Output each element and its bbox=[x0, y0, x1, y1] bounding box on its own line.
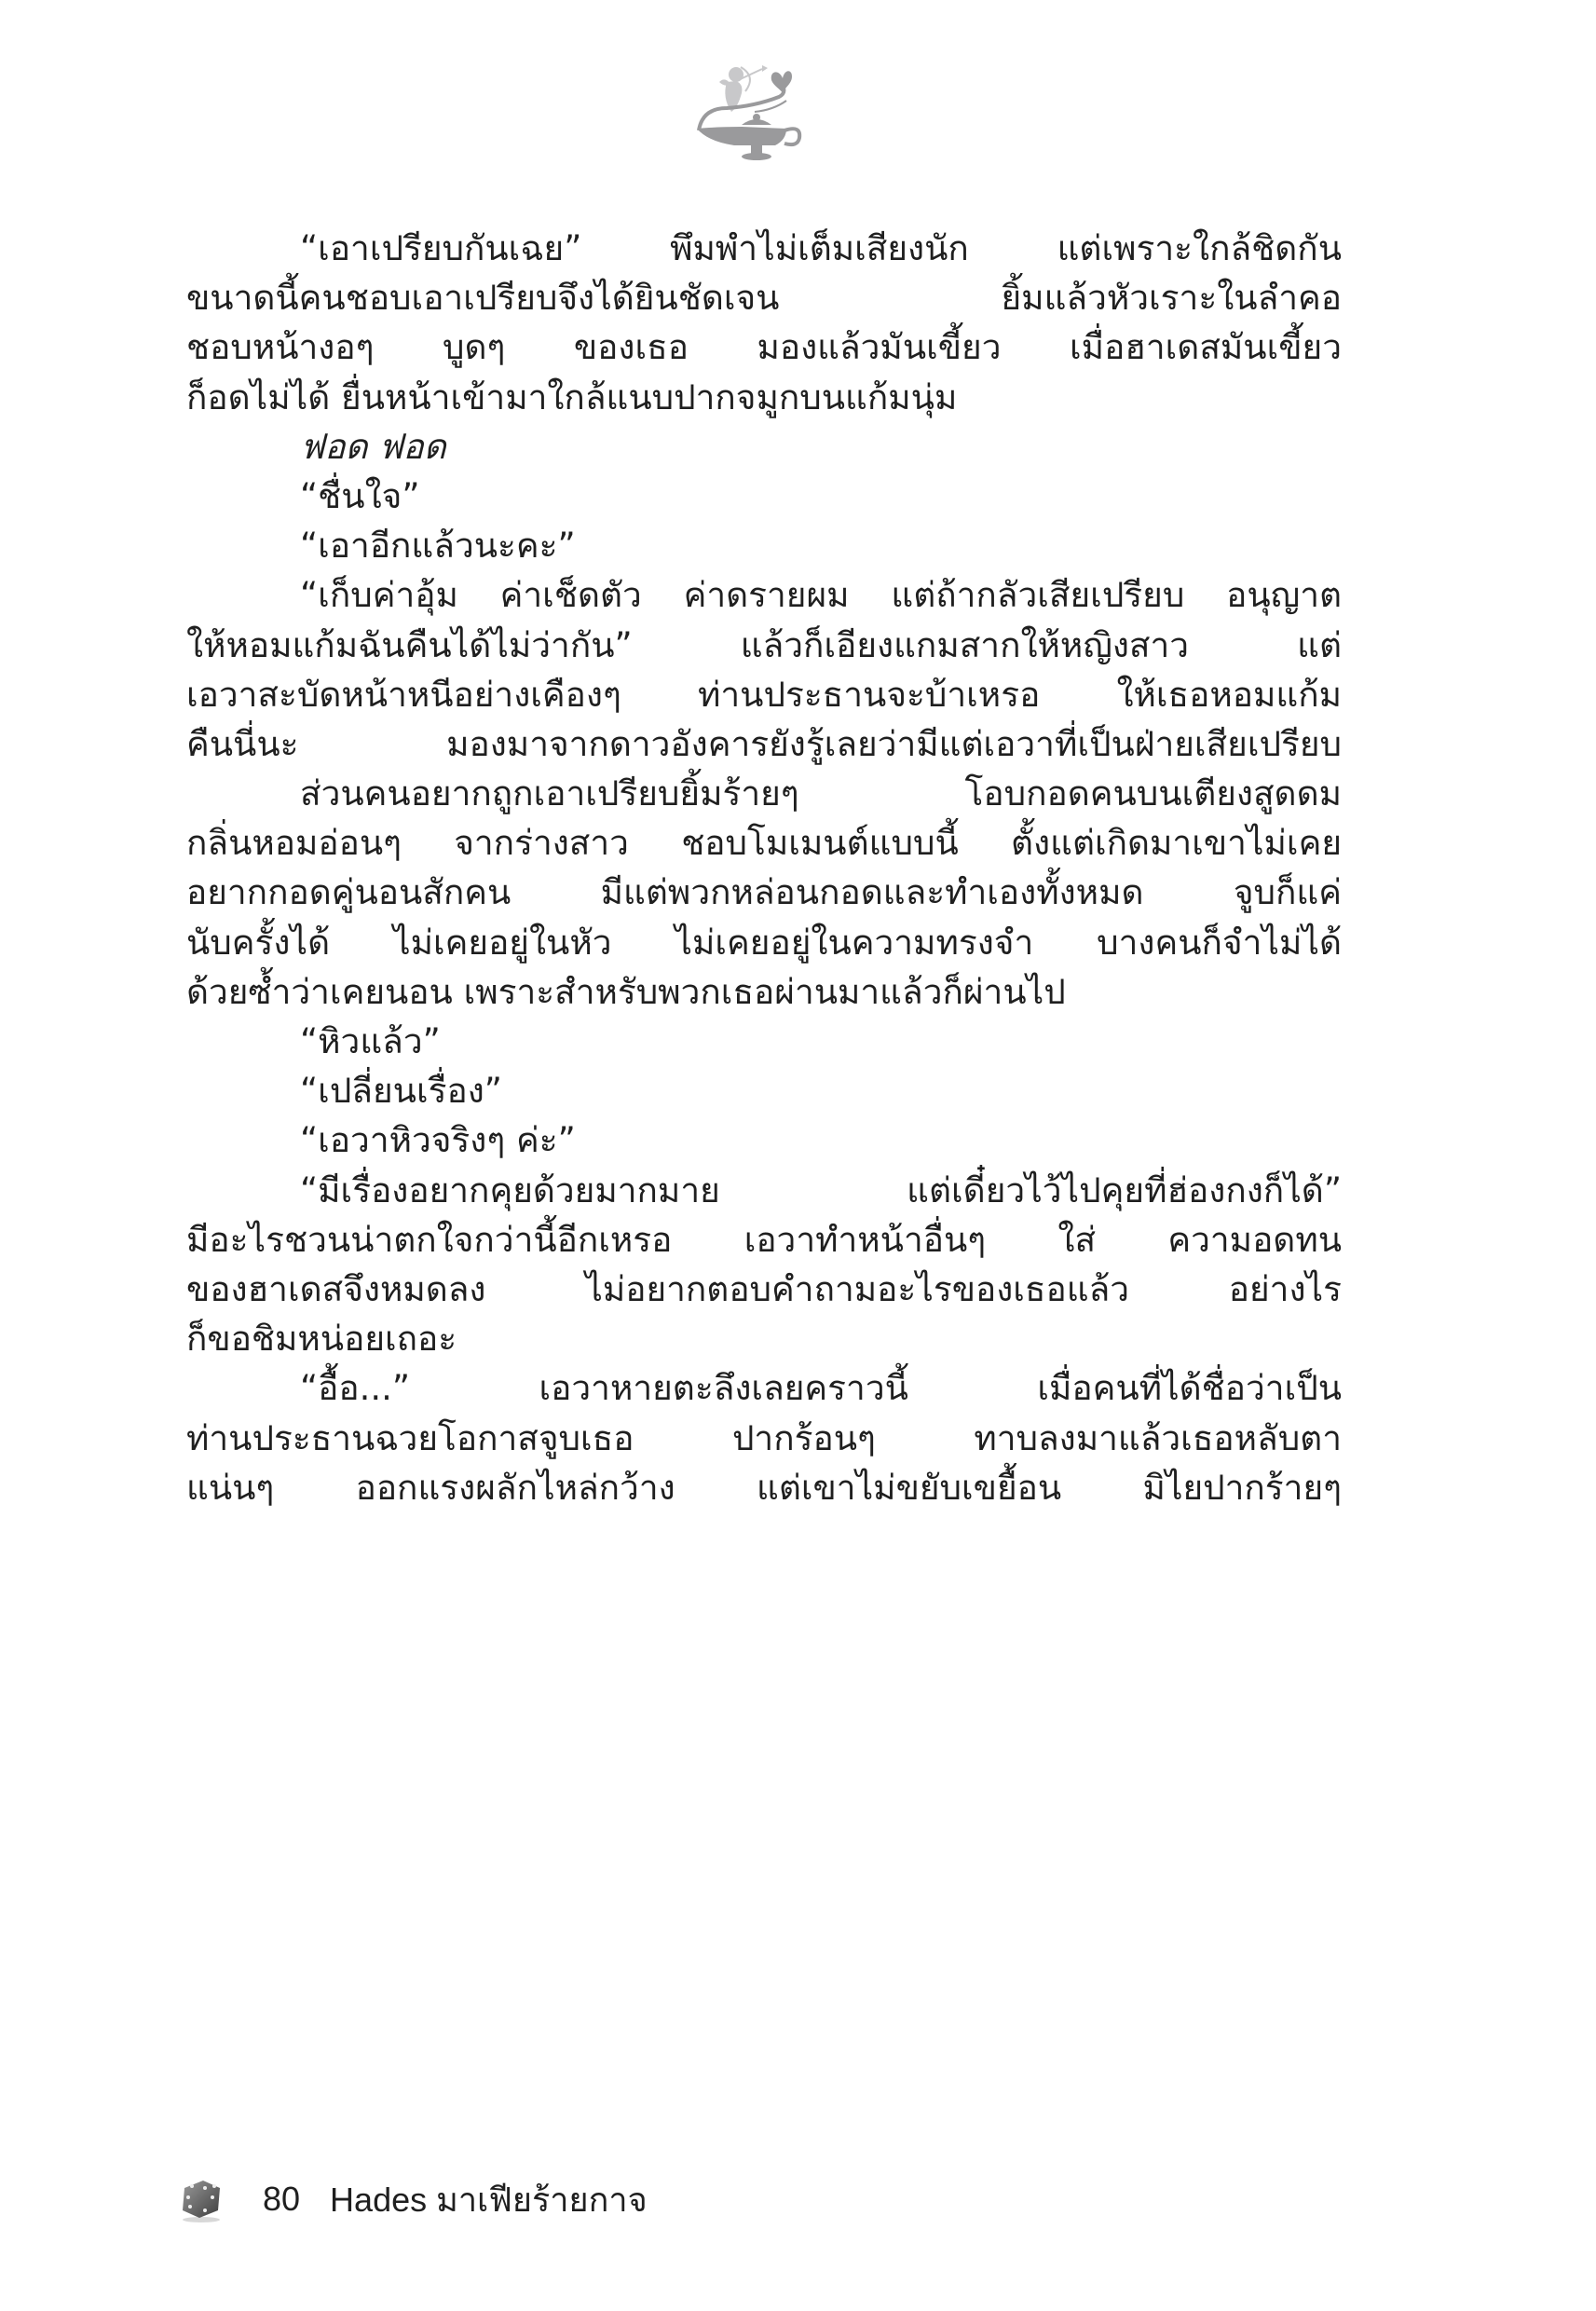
magic-lamp-cupid-icon bbox=[689, 56, 820, 168]
text-line: “มีเรื่องอยากคุยด้วยมากมาย แต่เดี๋ยวไว้ไ… bbox=[186, 1166, 1342, 1215]
text-line: เอวาสะบัดหน้าหนีอย่างเคืองๆ ท่านประธานจะ… bbox=[186, 670, 1342, 719]
text-line: ท่านประธานฉวยโอกาสจูบเธอ ปากร้อนๆ ทาบลงม… bbox=[186, 1414, 1342, 1463]
text-line: คืนนี่นะ มองมาจากดาวอังคารยังรู้เลยว่ามี… bbox=[186, 719, 1342, 769]
text-line: “เก็บค่าอุ้ม ค่าเช็ดตัว ค่าดรายผม แต่ถ้า… bbox=[186, 570, 1342, 620]
text-line: ให้หอมแก้มฉันคืนได้ไม่ว่ากัน” แล้วก็เอีย… bbox=[186, 621, 1342, 670]
page-footer: 80 Hades มาเฟียร้ายกาจ bbox=[177, 2171, 648, 2227]
text-line: ชอบหน้างอๆ บูดๆ ของเธอ มองแล้วมันเขี้ยว … bbox=[186, 322, 1342, 372]
text-line: ด้วยซ้ำว่าเคยนอน เพราะสำหรับพวกเธอผ่านมา… bbox=[186, 967, 1342, 1017]
book-title: Hades มาเฟียร้ายกาจ bbox=[330, 2173, 648, 2226]
dice-icon bbox=[177, 2175, 225, 2223]
page-number: 80 bbox=[263, 2180, 300, 2219]
text-line: “เอาอีกแล้วนะคะ” bbox=[186, 521, 1342, 570]
text-line: ก็ขอชิมหน่อยเถอะ bbox=[186, 1314, 1342, 1363]
text-line: นับครั้งได้ ไม่เคยอยู่ในหัว ไม่เคยอยู่ใน… bbox=[186, 918, 1342, 967]
text-line: แน่นๆ ออกแรงผลักไหล่กว้าง แต่เขาไม่ขยับเ… bbox=[186, 1463, 1342, 1512]
text-line: กลิ่นหอมอ่อนๆ จากร่างสาว ชอบโมเมนต์แบบนี… bbox=[186, 818, 1342, 868]
text-line: ก็อดไม่ได้ ยื่นหน้าเข้ามาใกล้แนบปากจมูกบ… bbox=[186, 373, 1342, 422]
body-text: “เอาเปรียบกันเฉย” พึมพำไม่เต็มเสียงนัก แ… bbox=[186, 224, 1342, 1512]
text-line: “เอาเปรียบกันเฉย” พึมพำไม่เต็มเสียงนัก แ… bbox=[186, 224, 1342, 273]
text-line: “เปลี่ยนเรื่อง” bbox=[186, 1066, 1342, 1115]
text-line: “เอวาหิวจริงๆ ค่ะ” bbox=[186, 1115, 1342, 1165]
text-line: “อื้อ...” เอวาหายตะลึงเลยคราวนี้ เมื่อคน… bbox=[186, 1363, 1342, 1413]
text-line: อยากกอดคู่นอนสักคน มีแต่พวกหล่อนกอดและทำ… bbox=[186, 868, 1342, 917]
text-line: ส่วนคนอยากถูกเอาเปรียบยิ้มร้ายๆ โอบกอดคน… bbox=[186, 769, 1342, 818]
text-line: ขนาดนี้คนชอบเอาเปรียบจึงได้ยินชัดเจน ยิ้… bbox=[186, 273, 1342, 322]
text-line: ฟอด ฟอด bbox=[186, 422, 1342, 472]
text-line: มีอะไรชวนน่าตกใจกว่านี้อีกเหรอ เอวาทำหน้… bbox=[186, 1215, 1342, 1265]
text-line: “หิวแล้ว” bbox=[186, 1017, 1342, 1066]
text-line: “ชื่นใจ” bbox=[186, 472, 1342, 521]
text-line: ของฮาเดสจึงหมดลง ไม่อยากตอบคำถามอะไรของเ… bbox=[186, 1265, 1342, 1314]
